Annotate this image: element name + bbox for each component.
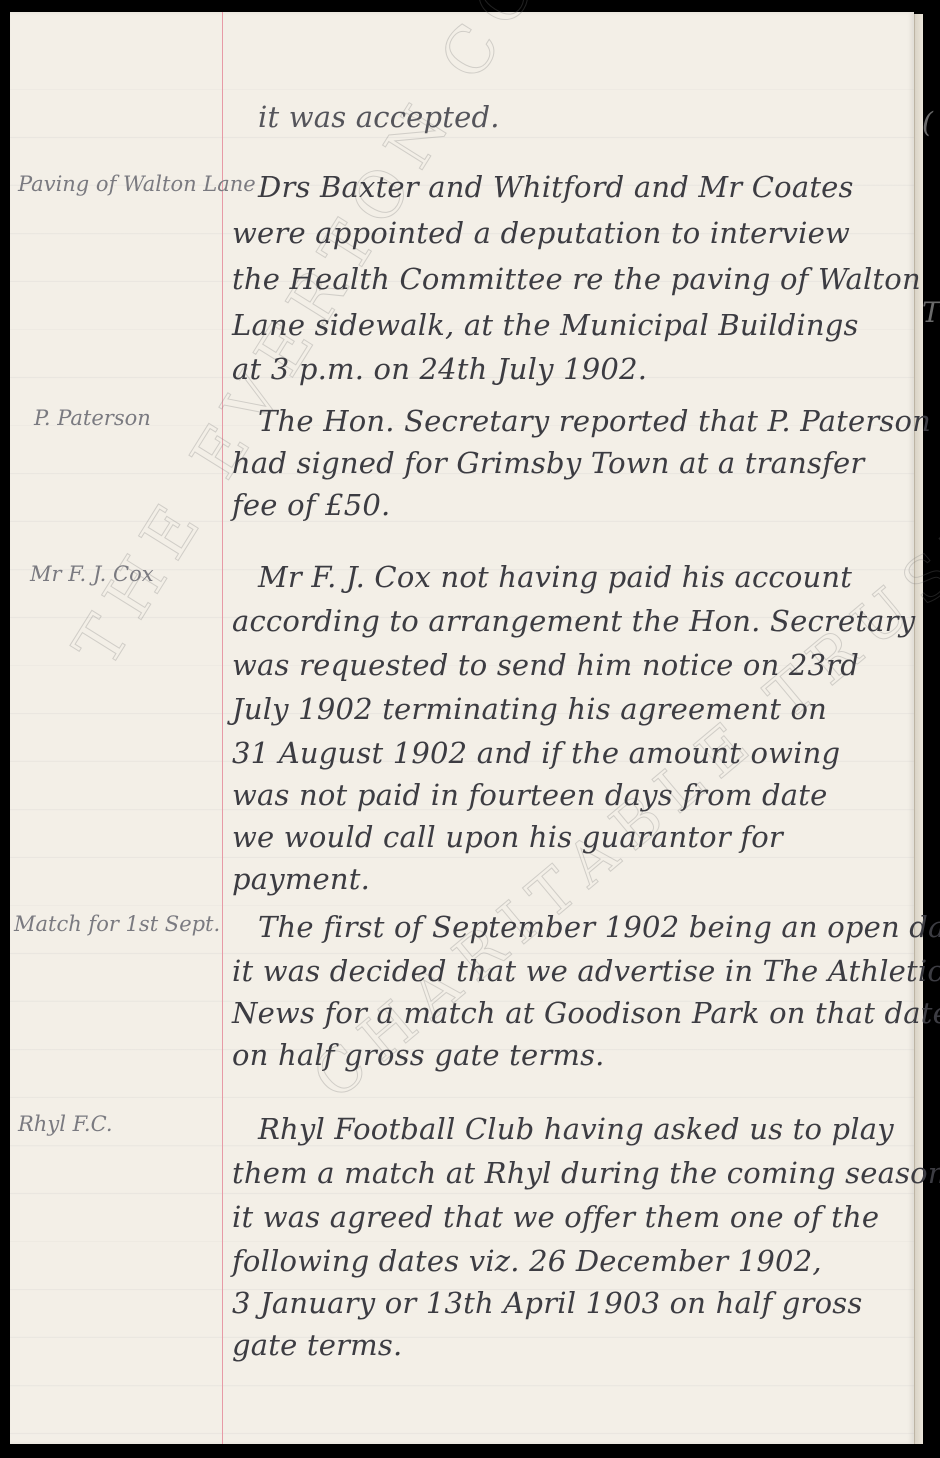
facing-page-edge — [914, 14, 923, 1444]
entry-line: according to arrangement the Hon. Secret… — [232, 604, 915, 638]
entry-line: Lane sidewalk, at the Municipal Building… — [232, 308, 859, 342]
facing-page-fragment: T — [922, 296, 940, 329]
entry-line: were appointed a deputation to interview — [232, 216, 850, 250]
entry-line: following dates viz. 26 December 1902, — [232, 1244, 822, 1278]
entry-line: them a match at Rhyl during the coming s… — [232, 1156, 940, 1190]
entry-line: The Hon. Secretary reported that P. Pate… — [258, 404, 931, 438]
entry-line: News for a match at Goodison Park on tha… — [232, 996, 940, 1030]
entry-line: fee of £50. — [232, 488, 390, 522]
margin-heading-p-paterson: P. Paterson — [34, 406, 234, 430]
entry-line: July 1902 terminating his agreement on — [232, 692, 827, 726]
entry-line: was not paid in fourteen days from date — [232, 778, 828, 812]
entry-line: had signed for Grimsby Town at a transfe… — [232, 446, 864, 480]
entry-line: 3 January or 13th April 1903 on half gro… — [232, 1286, 862, 1320]
entry-line: the Health Committee re the paving of Wa… — [232, 262, 921, 296]
entry-line: Mr F. J. Cox not having paid his account — [258, 560, 852, 594]
entry-line: we would call upon his guarantor for — [232, 820, 783, 854]
entry-line: it was decided that we advertise in The … — [232, 954, 940, 988]
entry-line: at 3 p.m. on 24th July 1902. — [232, 352, 647, 386]
entry-line: it was agreed that we offer them one of … — [232, 1200, 879, 1234]
entry-line: Rhyl Football Club having asked us to pl… — [258, 1112, 894, 1146]
entry-line: was requested to send him notice on 23rd — [232, 648, 859, 682]
margin-rule — [222, 12, 223, 1444]
facing-page-fragment: ( — [922, 106, 933, 139]
continuation-text: it was accepted. — [258, 100, 500, 134]
margin-heading-mr-fj-cox: Mr F. J. Cox — [30, 562, 230, 586]
entry-line: 31 August 1902 and if the amount owing — [232, 736, 840, 770]
entry-line: The first of September 1902 being an ope… — [258, 910, 940, 944]
entry-line: gate terms. — [232, 1328, 402, 1362]
margin-heading-rhyl-fc: Rhyl F.C. — [18, 1112, 218, 1136]
entry-line: on half gross gate terms. — [232, 1038, 605, 1072]
margin-heading-match-1st-sept: Match for 1st Sept. — [14, 912, 214, 936]
entry-line: payment. — [232, 862, 370, 896]
margin-heading-paving-walton-lane: Paving of Walton Lane — [18, 172, 218, 196]
entry-line: Drs Baxter and Whitford and Mr Coates — [258, 170, 854, 204]
